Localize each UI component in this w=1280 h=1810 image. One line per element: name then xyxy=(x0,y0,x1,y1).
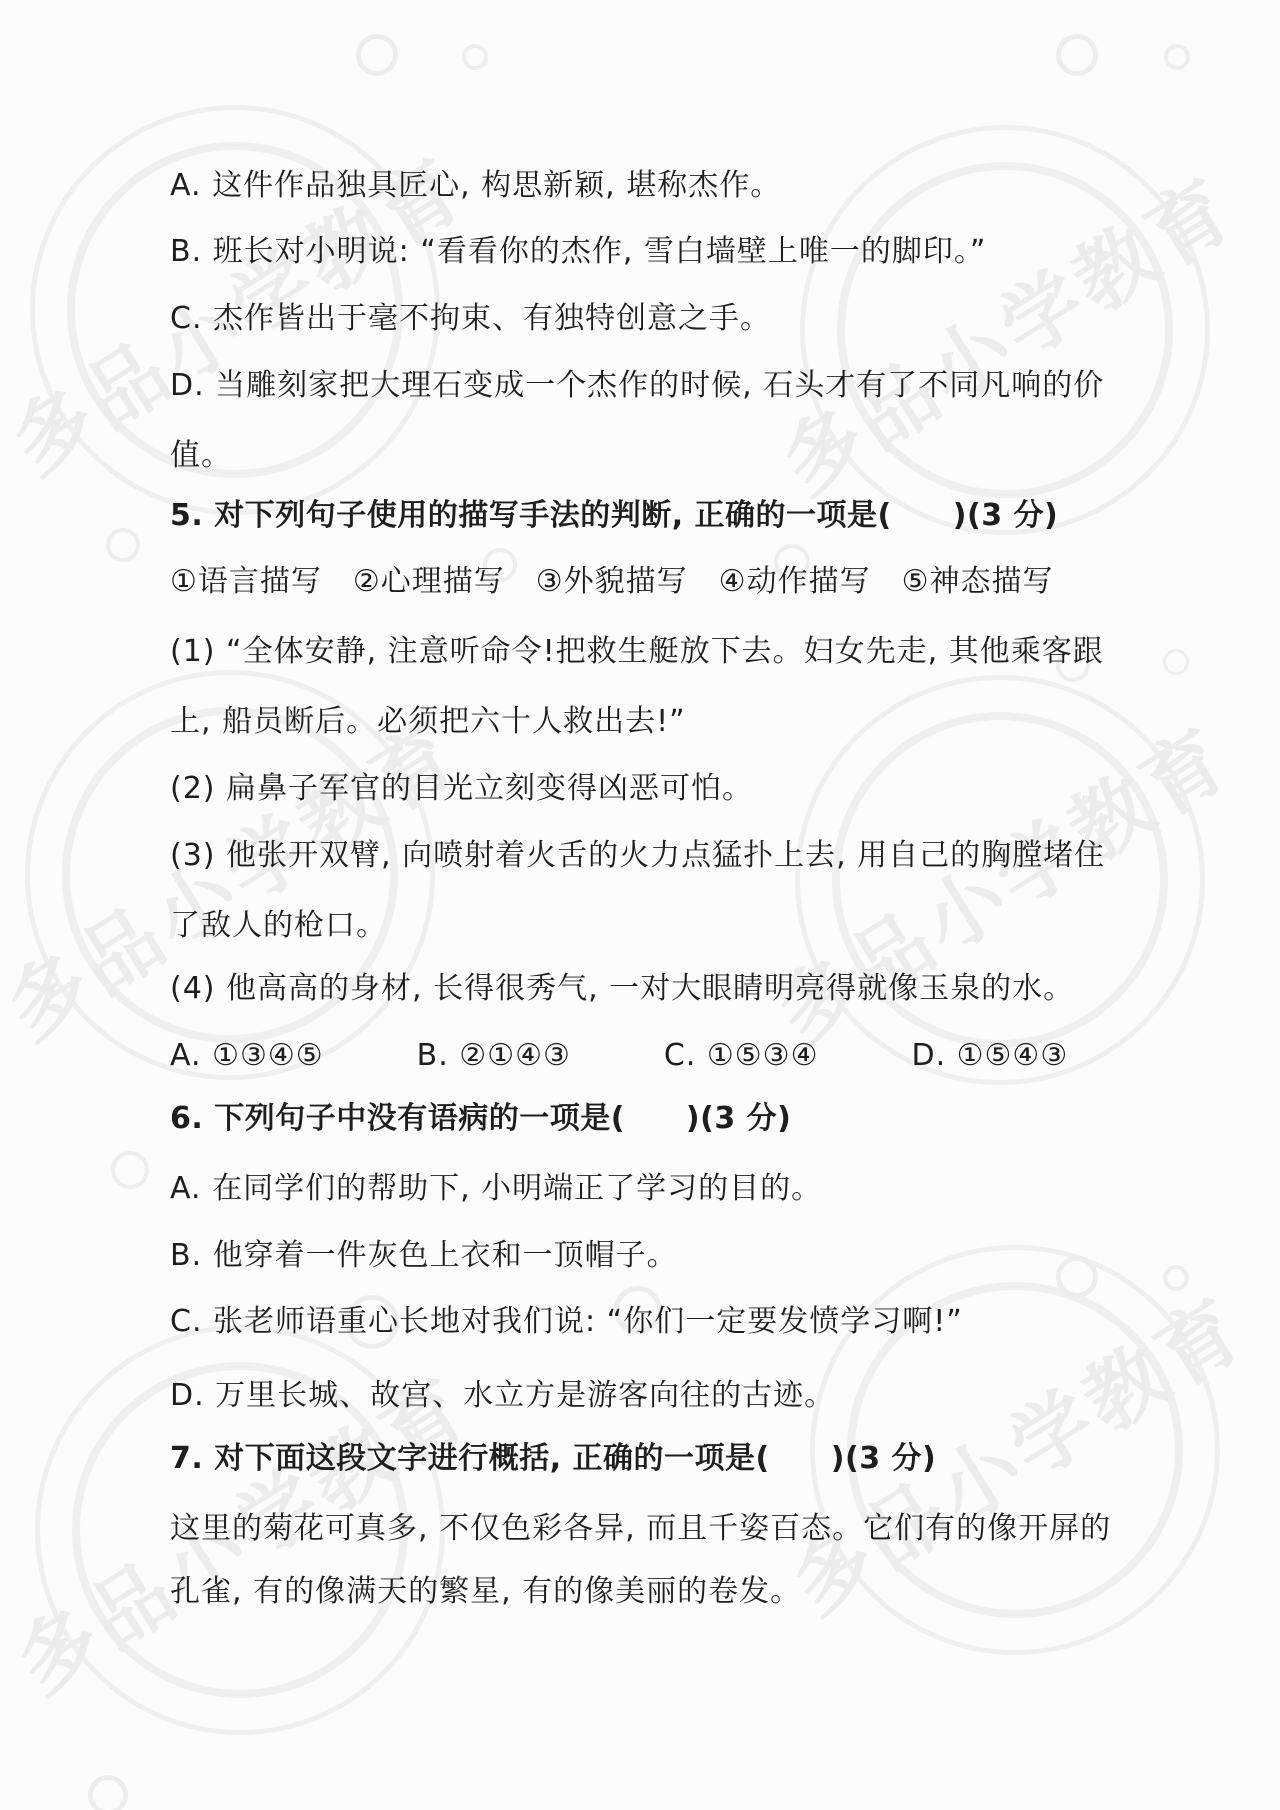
question-6-stem: 6. 下列句子中没有语病的一项是( )(3 分) xyxy=(170,1097,791,1141)
descriptor-list: ①语言描写 ②心理描写 ③外貌描写 ④动作描写 ⑤神态描写 xyxy=(170,560,1053,604)
option-4b: B. 班长对小明说: “看看你的杰作, 雪白墙壁上唯一的脚印。” xyxy=(170,230,986,274)
exam-text-layer: A. 这件作品独具匠心, 构思新颖, 堪称杰作。 B. 班长对小明说: “看看你… xyxy=(0,0,1280,1810)
exam-page: 多品小学教育多品小学教育多品小学教育多品小学教育多品小学教育多品小学教育 A. … xyxy=(0,0,1280,1810)
option-6c: C. 张老师语重心长地对我们说: “你们一定要发愤学习啊!” xyxy=(170,1300,963,1344)
passage-line2: 孔雀, 有的像满天的繁星, 有的像美丽的卷发。 xyxy=(170,1570,801,1614)
option-6a: A. 在同学们的帮助下, 小明端正了学习的目的。 xyxy=(170,1167,822,1211)
question-5-stem: 5. 对下列句子使用的描写手法的判断, 正确的一项是( )(3 分) xyxy=(170,494,1058,538)
sentence-1-line1: (1) “全体安静, 注意听命令!把救生艇放下去。妇女先走, 其他乘客跟 xyxy=(170,630,1104,674)
passage-line1: 这里的菊花可真多, 不仅色彩各异, 而且千姿百态。它们有的像开屏的 xyxy=(170,1507,1111,1551)
option-4a: A. 这件作品独具匠心, 构思新颖, 堪称杰作。 xyxy=(170,164,781,208)
sentence-2: (2) 扁鼻子军官的目光立刻变得凶恶可怕。 xyxy=(170,767,753,811)
option-4c: C. 杰作皆出于毫不拘束、有独特创意之手。 xyxy=(170,297,771,341)
question-7-stem: 7. 对下面这段文字进行概括, 正确的一项是( )(3 分) xyxy=(170,1437,936,1481)
option-4d-line2: 值。 xyxy=(170,434,232,478)
option-4d-line1: D. 当雕刻家把大理石变成一个杰作的时候, 石头才有了不同凡响的价 xyxy=(170,364,1104,408)
question-5-options: A. ①③④⑤ B. ②①④③ C. ①⑤③④ D. ①⑤④③ xyxy=(170,1034,1068,1078)
option-6d: D. 万里长城、故宫、水立方是游客向往的古迹。 xyxy=(170,1374,835,1418)
sentence-4: (4) 他高高的身材, 长得很秀气, 一对大眼睛明亮得就像玉泉的水。 xyxy=(170,967,1074,1011)
option-6b: B. 他穿着一件灰色上衣和一顶帽子。 xyxy=(170,1234,678,1278)
sentence-1-line2: 上, 船员断后。必须把六十人救出去!” xyxy=(170,700,686,744)
sentence-3-line1: (3) 他张开双臂, 向喷射着火舌的火力点猛扑上去, 用自己的胸膛堵住 xyxy=(170,834,1105,878)
sentence-3-line2: 了敌人的枪口。 xyxy=(170,904,387,948)
